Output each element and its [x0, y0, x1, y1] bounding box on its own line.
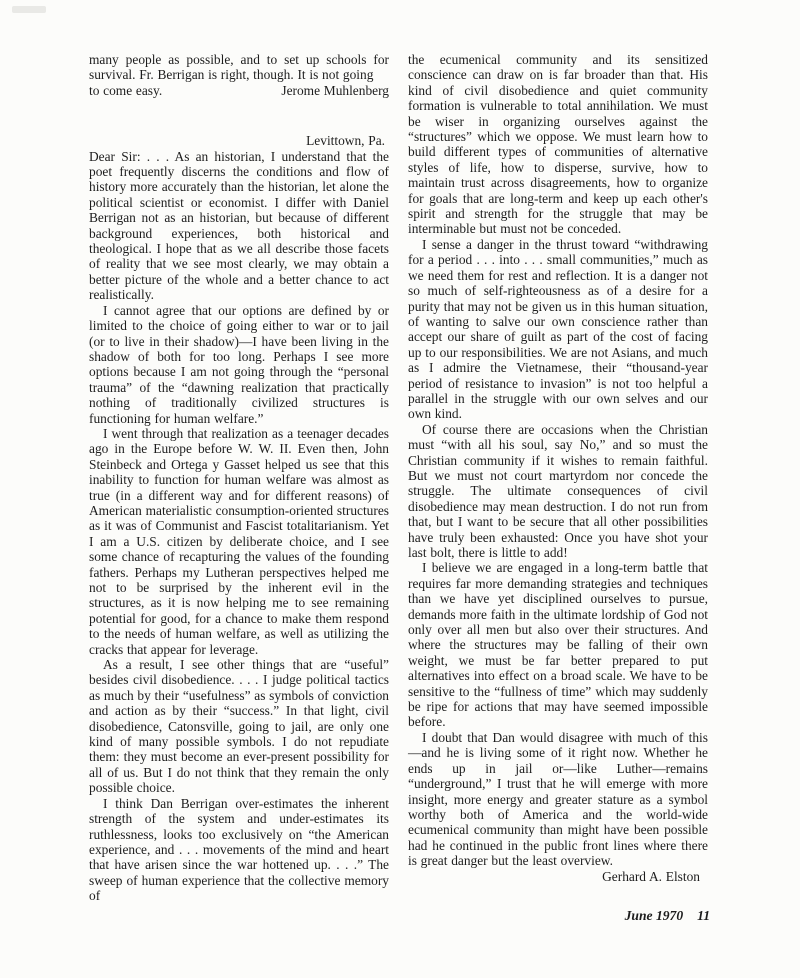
- left-column: many people as possible, and to set up s…: [89, 52, 389, 904]
- letter-location: Levittown, Pa.: [89, 133, 389, 148]
- letter-paragraph: I sense a danger in the thrust toward “w…: [408, 237, 708, 422]
- letter-paragraph: I doubt that Dan would disagree with muc…: [408, 730, 708, 869]
- right-column: the ecumenical community and its sensiti…: [408, 52, 708, 884]
- letter-paragraph: As a result, I see other things that are…: [89, 657, 389, 796]
- letter-paragraph: I believe we are engaged in a long-term …: [408, 560, 708, 729]
- footer-issue-date: June 1970: [625, 908, 684, 924]
- footer-page-number: 11: [697, 908, 710, 924]
- letter-paragraph: the ecumenical community and its sensiti…: [408, 52, 708, 237]
- letter-paragraph: I went through that realization as a tee…: [89, 426, 389, 657]
- letter-muhlenberg-body: many people as possible, and to set up s…: [89, 52, 389, 83]
- letter-paragraph: Dear Sir: . . . As an historian, I under…: [89, 149, 389, 303]
- letter-paragraph: Of course there are occasions when the C…: [408, 422, 708, 561]
- page-footer: June 1970 11: [625, 908, 710, 924]
- letter-paragraph: I cannot agree that our options are defi…: [89, 303, 389, 426]
- letter-muhlenberg-signature-row: to come easy. Jerome Muhlenberg: [89, 83, 389, 98]
- signature-gerhard-elston: Gerhard A. Elston: [408, 869, 708, 884]
- magazine-page: { "page": { "background_color": "#fcfcfa…: [0, 0, 800, 978]
- signature-jerome-muhlenberg: Jerome Muhlenberg: [281, 83, 389, 98]
- scan-artifact: [12, 6, 46, 13]
- letter-paragraph: I think Dan Berrigan over-estimates the …: [89, 796, 389, 904]
- letter-muhlenberg-last-line: to come easy.: [89, 83, 162, 98]
